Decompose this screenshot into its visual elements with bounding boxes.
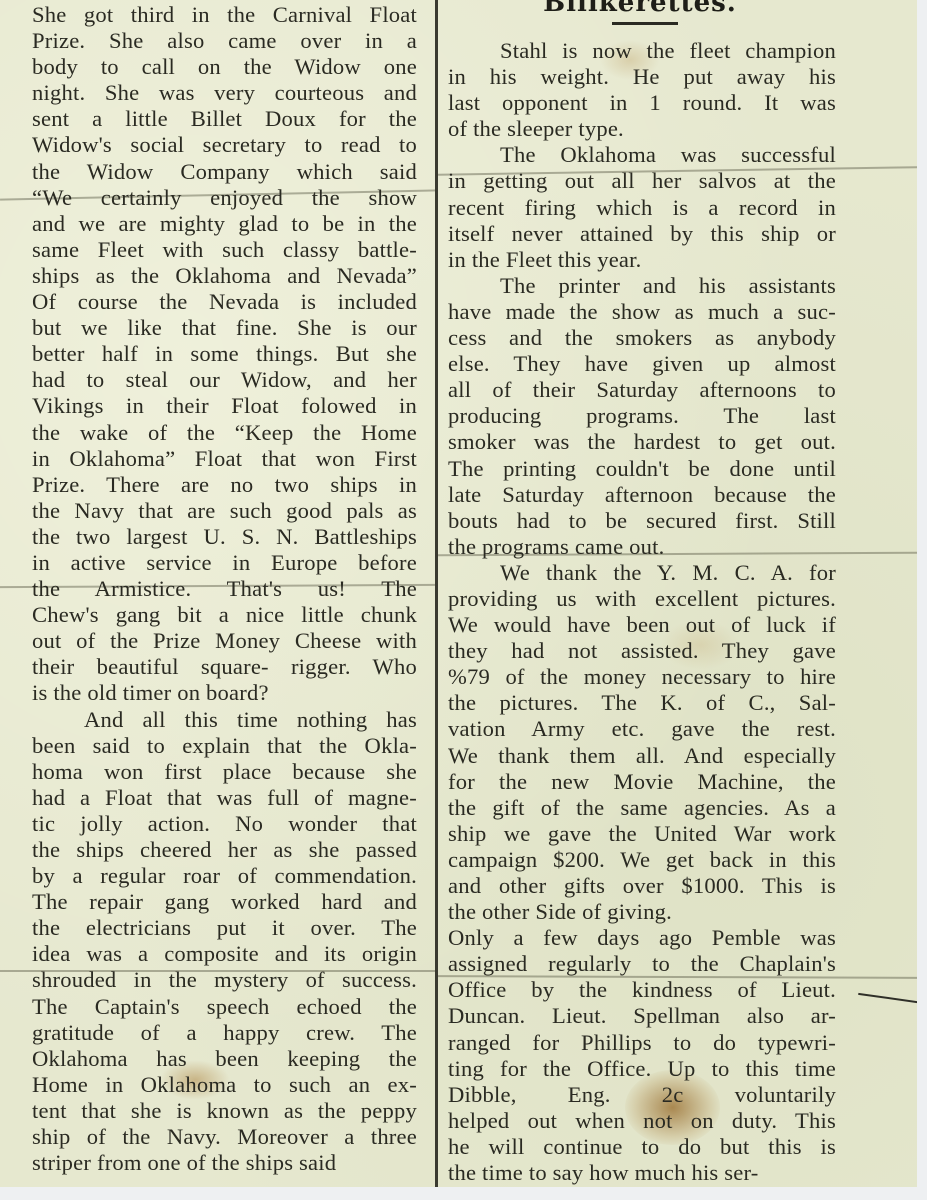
text-line: the time to say how much his ser-	[448, 1160, 836, 1186]
text-line: Dibble, Eng. 2c voluntarily	[448, 1082, 836, 1108]
right-column: Stahl is now the fleet championin his we…	[448, 38, 836, 1186]
text-line: vation Army etc. gave the rest.	[448, 716, 836, 742]
newspaper-page: Bilikerettes. She got third in the Carni…	[0, 0, 917, 1187]
text-line: ranged for Phillips to do typewri-	[448, 1030, 836, 1056]
text-line: is the old timer on board?	[32, 680, 417, 706]
text-line: tent that she is known as the peppy	[32, 1098, 417, 1124]
text-line: Home in Oklahoma to such an ex-	[32, 1072, 417, 1098]
text-line: Prize. There are no two ships in	[32, 472, 417, 498]
text-line: all of their Saturday afternoons to	[448, 377, 836, 403]
text-line: striper from one of the ships said	[32, 1150, 417, 1176]
text-line: The printing couldn't be done until	[448, 456, 836, 482]
text-line: ting for the Office. Up to this time	[448, 1056, 836, 1082]
text-line: he will continue to do but this is	[448, 1134, 836, 1160]
text-line: the two largest U. S. N. Battleships	[32, 524, 417, 550]
text-line: last opponent in 1 round. It was	[448, 90, 836, 116]
text-line: the Armistice. That's us! The	[32, 576, 417, 602]
paragraph: Stahl is now the fleet championin his we…	[448, 38, 836, 142]
paragraph: Only a few days ago Pemble wasassigned r…	[448, 925, 836, 1186]
text-line: out of the Prize Money Cheese with	[32, 628, 417, 654]
text-line: Widow's social secretary to read to	[32, 132, 417, 158]
text-line: late Saturday afternoon because the	[448, 482, 836, 508]
text-line: helped out when not on duty. This	[448, 1108, 836, 1134]
fold-line	[858, 993, 917, 1003]
text-line: by a regular roar of commendation.	[32, 863, 417, 889]
text-line: but we like that fine. She is our	[32, 315, 417, 341]
text-line: The Captain's speech echoed the	[32, 994, 417, 1020]
text-line: sent a little Billet Doux for the	[32, 106, 417, 132]
paragraph: She got third in the Carnival FloatPrize…	[32, 2, 417, 707]
text-line: in active service in Europe before	[32, 550, 417, 576]
text-line: We would have been out of luck if	[448, 612, 836, 638]
paragraph: We thank the Y. M. C. A. forproviding us…	[448, 560, 836, 925]
text-line: their beautiful square- rigger. Who	[32, 654, 417, 680]
text-line: night. She was very courteous and	[32, 80, 417, 106]
text-line: of the sleeper type.	[448, 116, 836, 142]
text-line: body to call on the Widow one	[32, 54, 417, 80]
text-line: The printer and his assistants	[448, 273, 836, 299]
text-line: We thank the Y. M. C. A. for	[448, 560, 836, 586]
text-line: gratitude of a happy crew. The	[32, 1020, 417, 1046]
paragraph: The Oklahoma was successfulin getting ou…	[448, 142, 836, 272]
text-line: shrouded in the mystery of success.	[32, 967, 417, 993]
text-line: Chew's gang bit a nice little chunk	[32, 602, 417, 628]
text-line: producing programs. The last	[448, 403, 836, 429]
text-line: the electricians put it over. The	[32, 915, 417, 941]
text-line: ship we gave the United War work	[448, 821, 836, 847]
text-line: for the new Movie Machine, the	[448, 769, 836, 795]
text-line: in getting out all her salvos at the	[448, 168, 836, 194]
text-line: And all this time nothing has	[32, 707, 417, 733]
text-line: She got third in the Carnival Float	[32, 2, 417, 28]
text-line: the other Side of giving.	[448, 899, 836, 925]
text-line: same Fleet with such classy battle-	[32, 237, 417, 263]
text-line: and we are mighty glad to be in the	[32, 211, 417, 237]
text-line: in his weight. He put away his	[448, 64, 836, 90]
text-line: ship of the Navy. Moreover a three	[32, 1124, 417, 1150]
text-line: better half in some things. But she	[32, 341, 417, 367]
text-line: cess and the smokers as anybody	[448, 325, 836, 351]
paragraph: And all this time nothing hasbeen said t…	[32, 707, 417, 1177]
paragraph: The printer and his assistantshave made …	[448, 273, 836, 560]
heading-underline	[612, 22, 678, 25]
text-line: in Oklahoma” Float that won First	[32, 446, 417, 472]
text-line: the programs came out.	[448, 534, 836, 560]
text-line: been said to explain that the Okla-	[32, 733, 417, 759]
text-line: else. They have given up almost	[448, 351, 836, 377]
text-line: Only a few days ago Pemble was	[448, 925, 836, 951]
scan-margin-bottom	[0, 1187, 927, 1200]
text-line: The repair gang worked hard and	[32, 889, 417, 915]
text-line: We thank them all. And especially	[448, 743, 836, 769]
text-line: bouts had to be secured first. Still	[448, 508, 836, 534]
text-line: Oklahoma has been keeping the	[32, 1046, 417, 1072]
text-line: Duncan. Lieut. Spellman also ar-	[448, 1003, 836, 1029]
text-line: tic jolly action. No wonder that	[32, 811, 417, 837]
text-line: ships as the Oklahoma and Nevada”	[32, 263, 417, 289]
text-line: the gift of the same agencies. As a	[448, 795, 836, 821]
text-line: they had not assisted. They gave	[448, 638, 836, 664]
text-line: in the Fleet this year.	[448, 247, 836, 273]
text-line: itself never attained by this ship or	[448, 221, 836, 247]
column-divider	[435, 0, 438, 1187]
text-line: Vikings in their Float folowed in	[32, 393, 417, 419]
text-line: recent firing which is a record in	[448, 195, 836, 221]
text-line: Stahl is now the fleet champion	[448, 38, 836, 64]
text-line: homa won first place because she	[32, 759, 417, 785]
text-line: assigned regularly to the Chaplain's	[448, 951, 836, 977]
text-line: Office by the kindness of Lieut.	[448, 977, 836, 1003]
text-line: providing us with excellent pictures.	[448, 586, 836, 612]
text-line: Prize. She also came over in a	[32, 28, 417, 54]
text-line: the Widow Company which said	[32, 159, 417, 185]
text-line: Of course the Nevada is included	[32, 289, 417, 315]
text-line: the Navy that are such good pals as	[32, 498, 417, 524]
text-line: the ships cheered her as she passed	[32, 837, 417, 863]
text-line: had a Float that was full of magne-	[32, 785, 417, 811]
text-line: %79 of the money necessary to hire	[448, 664, 836, 690]
text-line: campaign $200. We get back in this	[448, 847, 836, 873]
text-line: and other gifts over $1000. This is	[448, 873, 836, 899]
section-heading: Bilikerettes.	[520, 0, 760, 18]
left-column: She got third in the Carnival FloatPrize…	[32, 2, 417, 1176]
text-line: the wake of the “Keep the Home	[32, 420, 417, 446]
text-line: had to steal our Widow, and her	[32, 367, 417, 393]
text-line: “We certainly enjoyed the show	[32, 185, 417, 211]
text-line: The Oklahoma was successful	[448, 142, 836, 168]
scan-margin-right	[917, 0, 927, 1200]
text-line: smoker was the hardest to get out.	[448, 429, 836, 455]
text-line: idea was a composite and its origin	[32, 941, 417, 967]
text-line: have made the show as much a suc-	[448, 299, 836, 325]
text-line: the pictures. The K. of C., Sal-	[448, 690, 836, 716]
